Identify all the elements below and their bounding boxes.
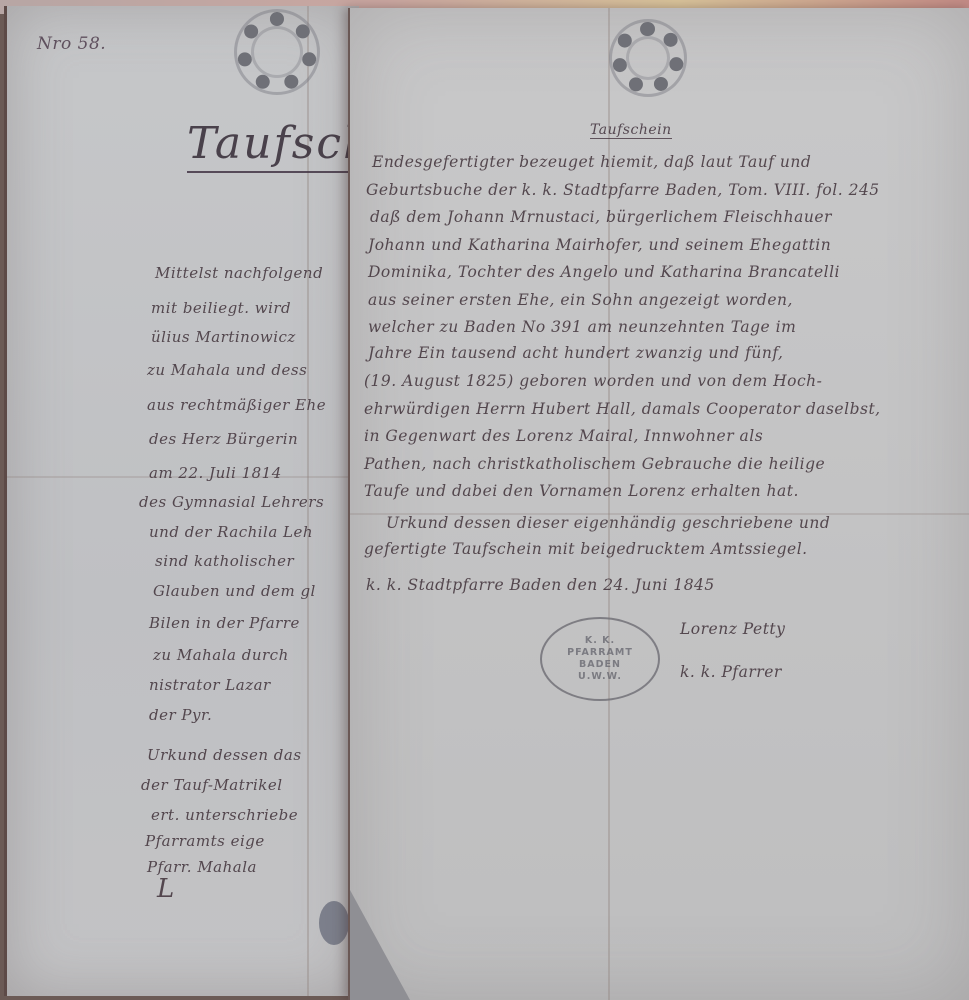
text-line: sind katholischer [155,552,294,570]
folded-corner [350,890,410,1000]
text-line: zu Mahala und dess [147,361,307,379]
text-line: ehrwürdigen Herrn Hubert Hall, damals Co… [364,400,881,418]
closing-line: der Tauf-Matrikel [141,776,283,794]
text-line: Jahre Ein tausend acht hundert zwanzig u… [368,344,783,362]
text-line: Dominika, Tochter des Angelo und Kathari… [368,263,840,281]
text-line: Urkund dessen dieser eigenhändig geschri… [386,514,830,532]
text-line: und der Rachila Leh [149,523,313,541]
stamp-line: K. K. [585,635,615,647]
reference-number: Nro 58. [37,34,106,54]
text-line: Bilen in der Pfarre [149,614,300,632]
embossed-seal-icon [612,22,684,94]
closing-line: Pfarramts eige [145,832,265,850]
text-line: welcher zu Baden No 391 am neunzehnten T… [368,318,796,336]
closing-line: ert. unterschriebe [151,806,298,824]
text-line: Glauben und dem gl [153,582,316,600]
text-line: des Herz Bürgerin [149,430,298,448]
stamp-line: U.W.W. [578,671,622,683]
stamp-line: PFARRAMT [567,647,633,659]
text-line: Geburtsbuche der k. k. Stadtpfarre Baden… [366,181,880,199]
text-line-baptismal-name: Taufe und dabei den Vornamen Lorenz erha… [364,482,799,500]
signature-name: Lorenz Petty [680,620,785,638]
text-line: nistrator Lazar [149,676,271,694]
issue-place-date: k. k. Stadtpfarre Baden den 24. Juni 184… [366,576,715,594]
text-line: Pathen, nach christkatholischem Gebrauch… [364,455,825,473]
text-line: in Gegenwart des Lorenz Mairal, Innwohne… [364,427,763,445]
text-line: zu Mahala durch [153,646,289,664]
text-line: ülius Martinowicz [151,328,296,346]
parish-stamp: K. K. PFARRAMT BADEN U.W.W. [540,617,660,701]
text-line: Mittelst nachfolgend [155,264,323,282]
document-title-left: Taufsch [187,118,373,173]
text-line: Endesgefertigter bezeuget hiemit, daß la… [372,153,811,171]
text-line: Johann und Katharina Mairhofer, und sein… [368,236,831,254]
left-sheet: Nro 58. Taufsch Mittelst nachfolgend mit… [4,6,359,996]
document-title: Taufschein [590,122,672,139]
text-line: aus seiner ersten Ehe, ein Sohn angezeig… [368,291,793,309]
closing-line: Urkund dessen das [147,746,302,764]
text-line-birth-date: (19. August 1825) geboren worden und von… [364,372,822,390]
embossed-seal-icon [237,12,317,92]
text-line: aus rechtmäßiger Ehe [147,396,326,414]
text-line: der Pyr. [149,706,212,724]
signature-title: k. k. Pfarrer [680,663,782,681]
right-sheet: Taufschein Endesgefertigter bezeuget hie… [348,8,969,1000]
text-line: mit beiliegt. wird [151,299,291,317]
text-line: des Gymnasial Lehrers [139,493,324,511]
text-line: gefertigte Taufschein mit beigedrucktem … [364,540,808,558]
text-line: am 22. Juli 1814 [149,464,282,482]
signature-initial: L [157,874,175,904]
stamp-line: BADEN [579,659,621,671]
small-seal-icon [319,901,349,945]
text-line: daß dem Johann Mrnustaci, bürgerlichem F… [370,208,832,226]
